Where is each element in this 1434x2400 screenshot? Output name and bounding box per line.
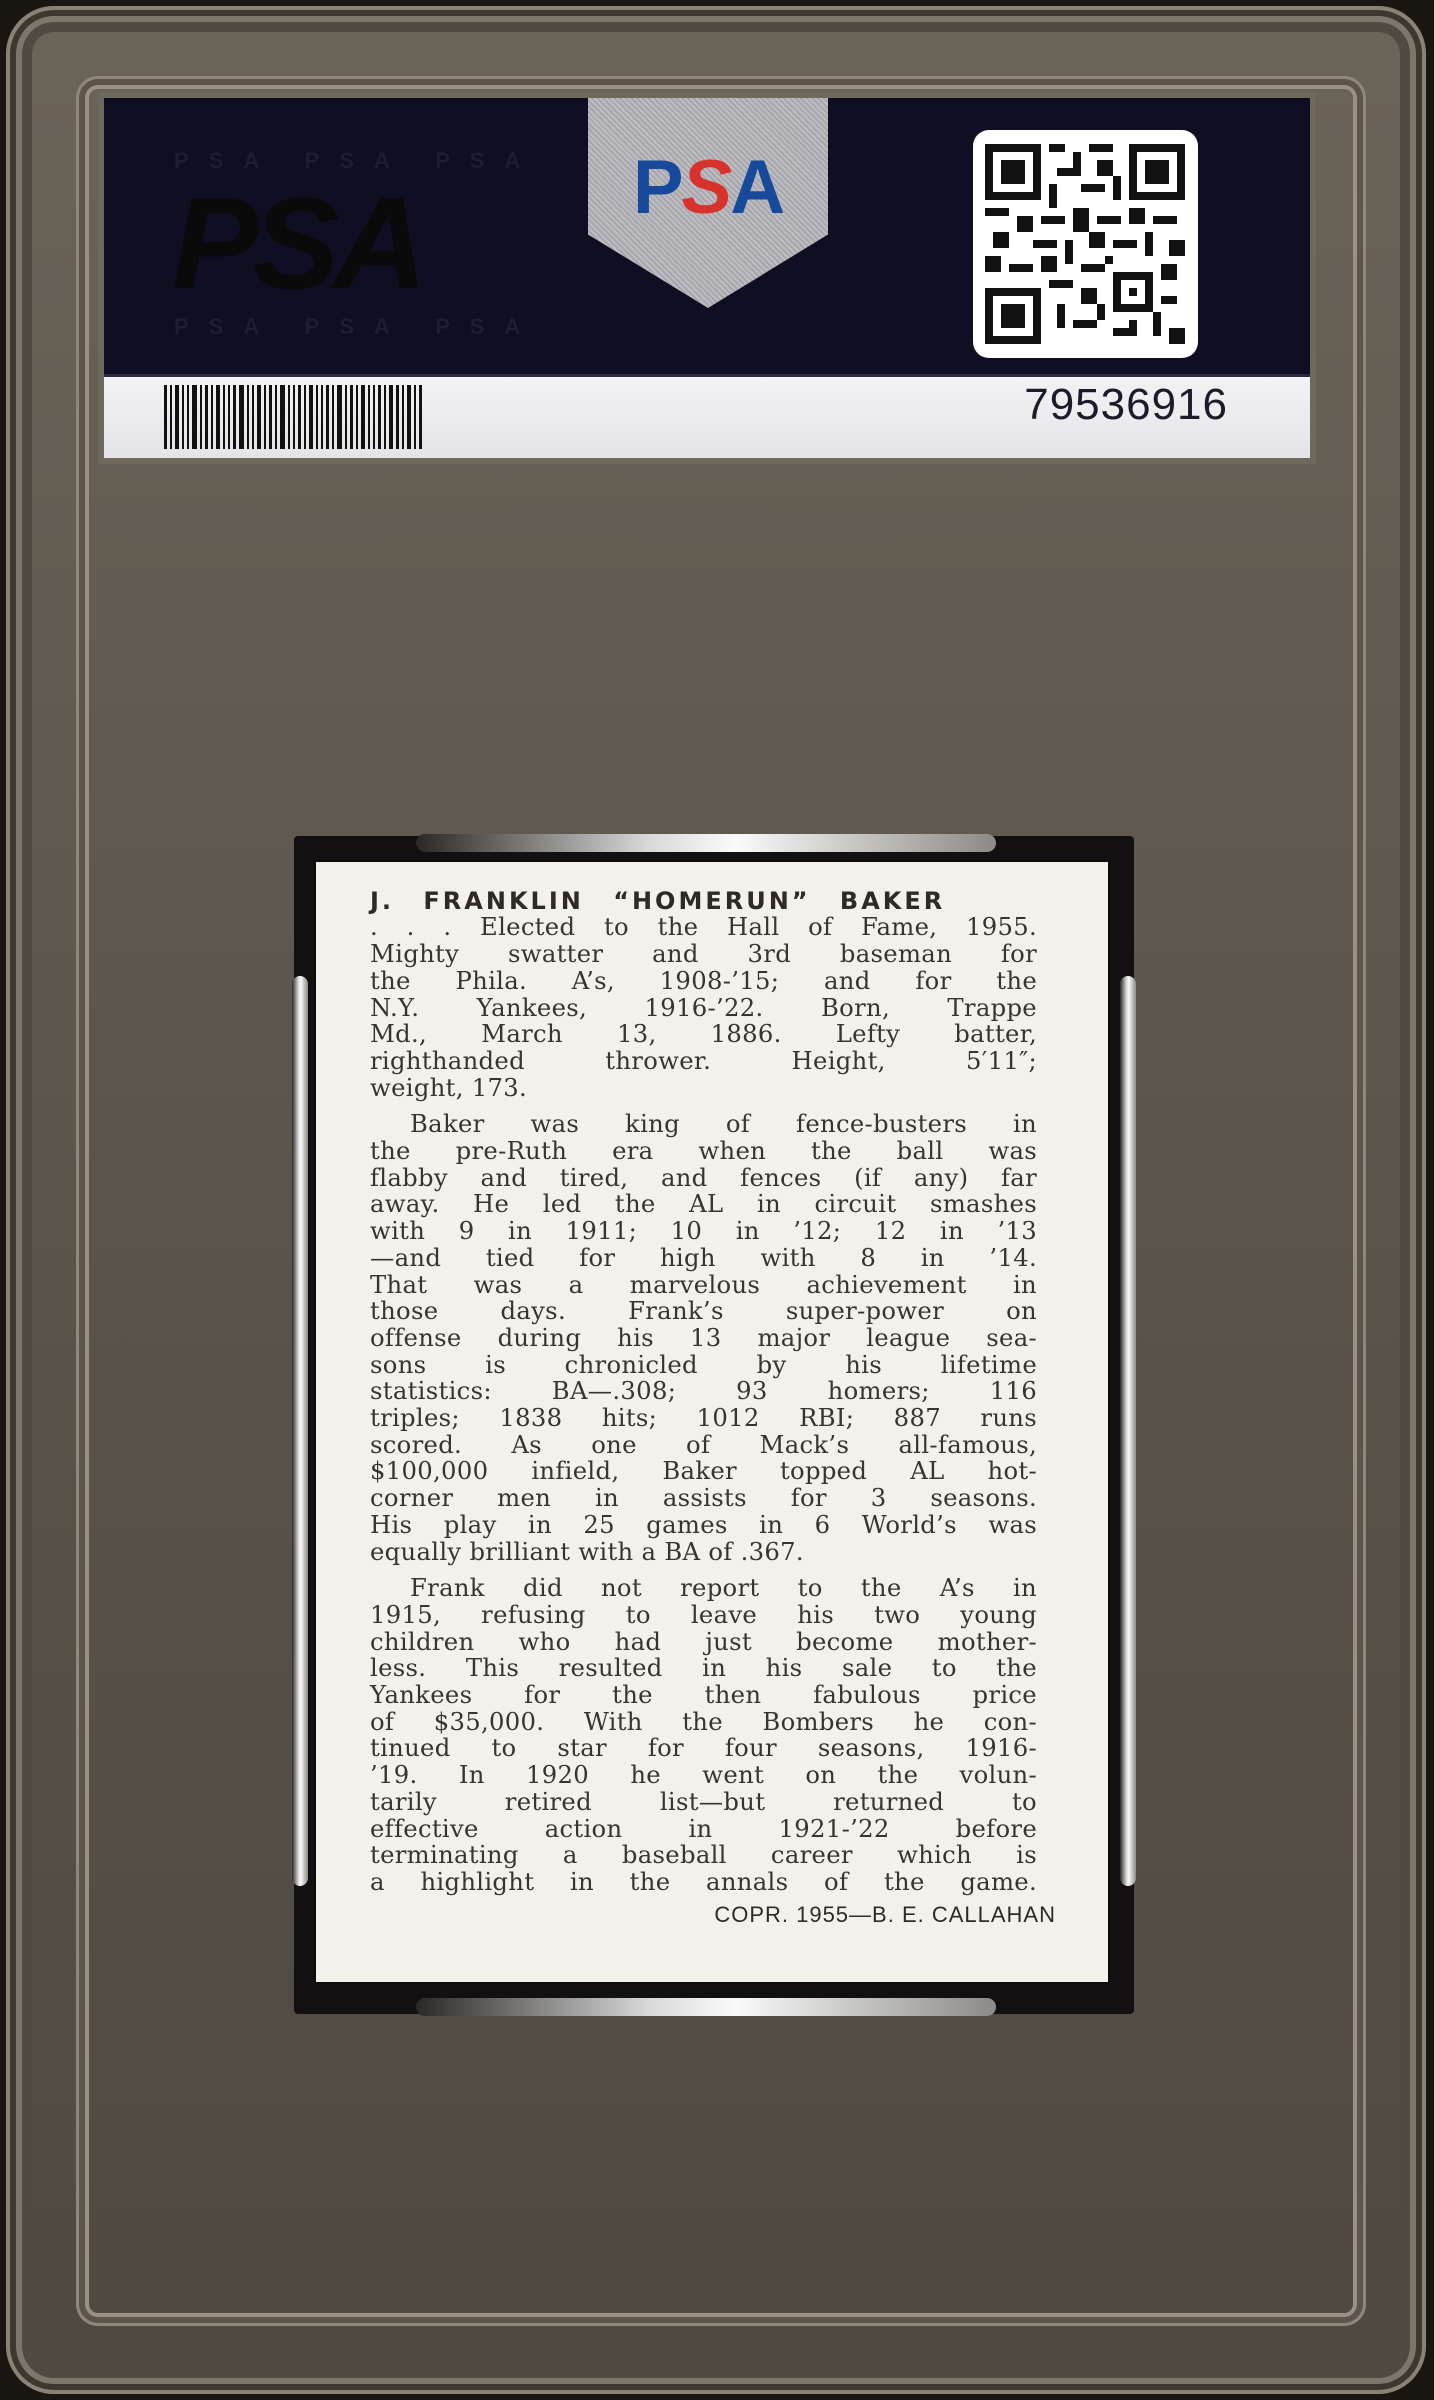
psa-shield-logo: PSA xyxy=(588,98,828,308)
text-line: Mighty swatter and 3rd baseman for xyxy=(370,941,1037,968)
bio-paragraph-3: Frank did not report to the A’s in 1915,… xyxy=(370,1575,1037,1895)
text-line: of $35,000. With the Bombers he con- xyxy=(370,1709,1037,1736)
text-line: those days. Frank’s super-power on xyxy=(370,1298,1037,1325)
qr-code-icon[interactable] xyxy=(973,130,1198,358)
text-line: children who had just become mother- xyxy=(370,1629,1037,1656)
text-line: That was a marvelous achievement in xyxy=(370,1272,1037,1299)
bio-paragraph-2: Baker was king of fence-busters in the p… xyxy=(370,1111,1037,1565)
text-line: Frank did not report to the A’s in xyxy=(370,1575,1037,1602)
barcode-icon xyxy=(164,385,474,449)
text-line: tarily retired list—but returned to xyxy=(370,1789,1037,1816)
text-line: tinued to star for four seasons, 1916- xyxy=(370,1735,1037,1762)
label-ghost-watermark-top: PSA PSA PSA xyxy=(174,150,540,172)
copyright-line: COPR. 1955—B. E. CALLAHAN xyxy=(714,1904,1056,1926)
card-text-block: J. FRANKLIN “HOMERUN” BAKER . . . Electe… xyxy=(370,888,1037,1896)
text-line: . . . Elected to the Hall of Fame, 1955. xyxy=(370,914,1037,941)
label-ghost-watermark-bottom: PSA PSA PSA xyxy=(174,316,540,338)
logo-letter-s: S xyxy=(682,145,731,230)
text-line: equally brilliant with a BA of .367. xyxy=(370,1539,1037,1566)
logo-letter-p: P xyxy=(633,145,682,230)
label-barcode-strip: 79536916 xyxy=(104,374,1310,458)
text-line: N.Y. Yankees, 1916-’22. Born, Trappe xyxy=(370,995,1037,1022)
text-line: offense during his 13 major league sea- xyxy=(370,1325,1037,1352)
text-line: less. This resulted in his sale to the xyxy=(370,1655,1037,1682)
text-line: effective action in 1921-’22 before xyxy=(370,1816,1037,1843)
text-line: 1915, refusing to leave his two young xyxy=(370,1602,1037,1629)
baseball-card-back: J. FRANKLIN “HOMERUN” BAKER . . . Electe… xyxy=(316,862,1108,1982)
text-line: ’19. In 1920 he went on the volun- xyxy=(370,1762,1037,1789)
text-line: the pre-Ruth era when the ball was xyxy=(370,1138,1037,1165)
text-line: His play in 25 games in 6 World’s was xyxy=(370,1512,1037,1539)
player-name-heading: J. FRANKLIN “HOMERUN” BAKER xyxy=(370,888,1037,914)
text-line: Yankees for the then fabulous price xyxy=(370,1682,1037,1709)
text-line: corner men in assists for 3 seasons. xyxy=(370,1485,1037,1512)
text-line: weight, 173. xyxy=(370,1075,1037,1102)
text-line: —and tied for high with 8 in ’14. xyxy=(370,1245,1037,1272)
text-line: $100,000 infield, Baker topped AL hot- xyxy=(370,1458,1037,1485)
text-line: sons is chronicled by his lifetime xyxy=(370,1352,1037,1379)
psa-label: PSA PSA PSA PSA PSA PSA PSA PSA xyxy=(104,98,1310,458)
text-line: Md., March 13, 1886. Lefty batter, xyxy=(370,1021,1037,1048)
text-line: terminating a baseball career which is xyxy=(370,1842,1037,1869)
text-line: with 9 in 1911; 10 in ’12; 12 in ’13 xyxy=(370,1218,1037,1245)
text-line: away. He led the AL in circuit smashes xyxy=(370,1191,1037,1218)
text-line: flabby and tired, and fences (if any) fa… xyxy=(370,1165,1037,1192)
left-rail xyxy=(292,976,308,1886)
text-line: the Phila. A’s, 1908-’15; and for the xyxy=(370,968,1037,995)
text-line: righthanded thrower. Height, 5′11″; xyxy=(370,1048,1037,1075)
logo-letter-a: A xyxy=(730,145,783,230)
cert-number: 79536916 xyxy=(1024,383,1228,427)
right-rail xyxy=(1120,976,1136,1886)
text-line: scored. As one of Mack’s all-famous, xyxy=(370,1432,1037,1459)
top-rail xyxy=(416,834,996,852)
text-line: statistics: BA—.308; 93 homers; 116 xyxy=(370,1378,1037,1405)
psa-logo-text: PSA xyxy=(588,150,828,226)
text-line: triples; 1838 hits; 1012 RBI; 887 runs xyxy=(370,1405,1037,1432)
label-ghost-logo: PSA xyxy=(172,178,421,308)
bio-paragraph-1: . . . Elected to the Hall of Fame, 1955.… xyxy=(370,914,1037,1101)
bottom-rail xyxy=(416,1998,996,2016)
text-line: a highlight in the annals of the game. xyxy=(370,1869,1037,1896)
text-line: Baker was king of fence-busters in xyxy=(370,1111,1037,1138)
qr-code-glyph xyxy=(985,144,1185,344)
